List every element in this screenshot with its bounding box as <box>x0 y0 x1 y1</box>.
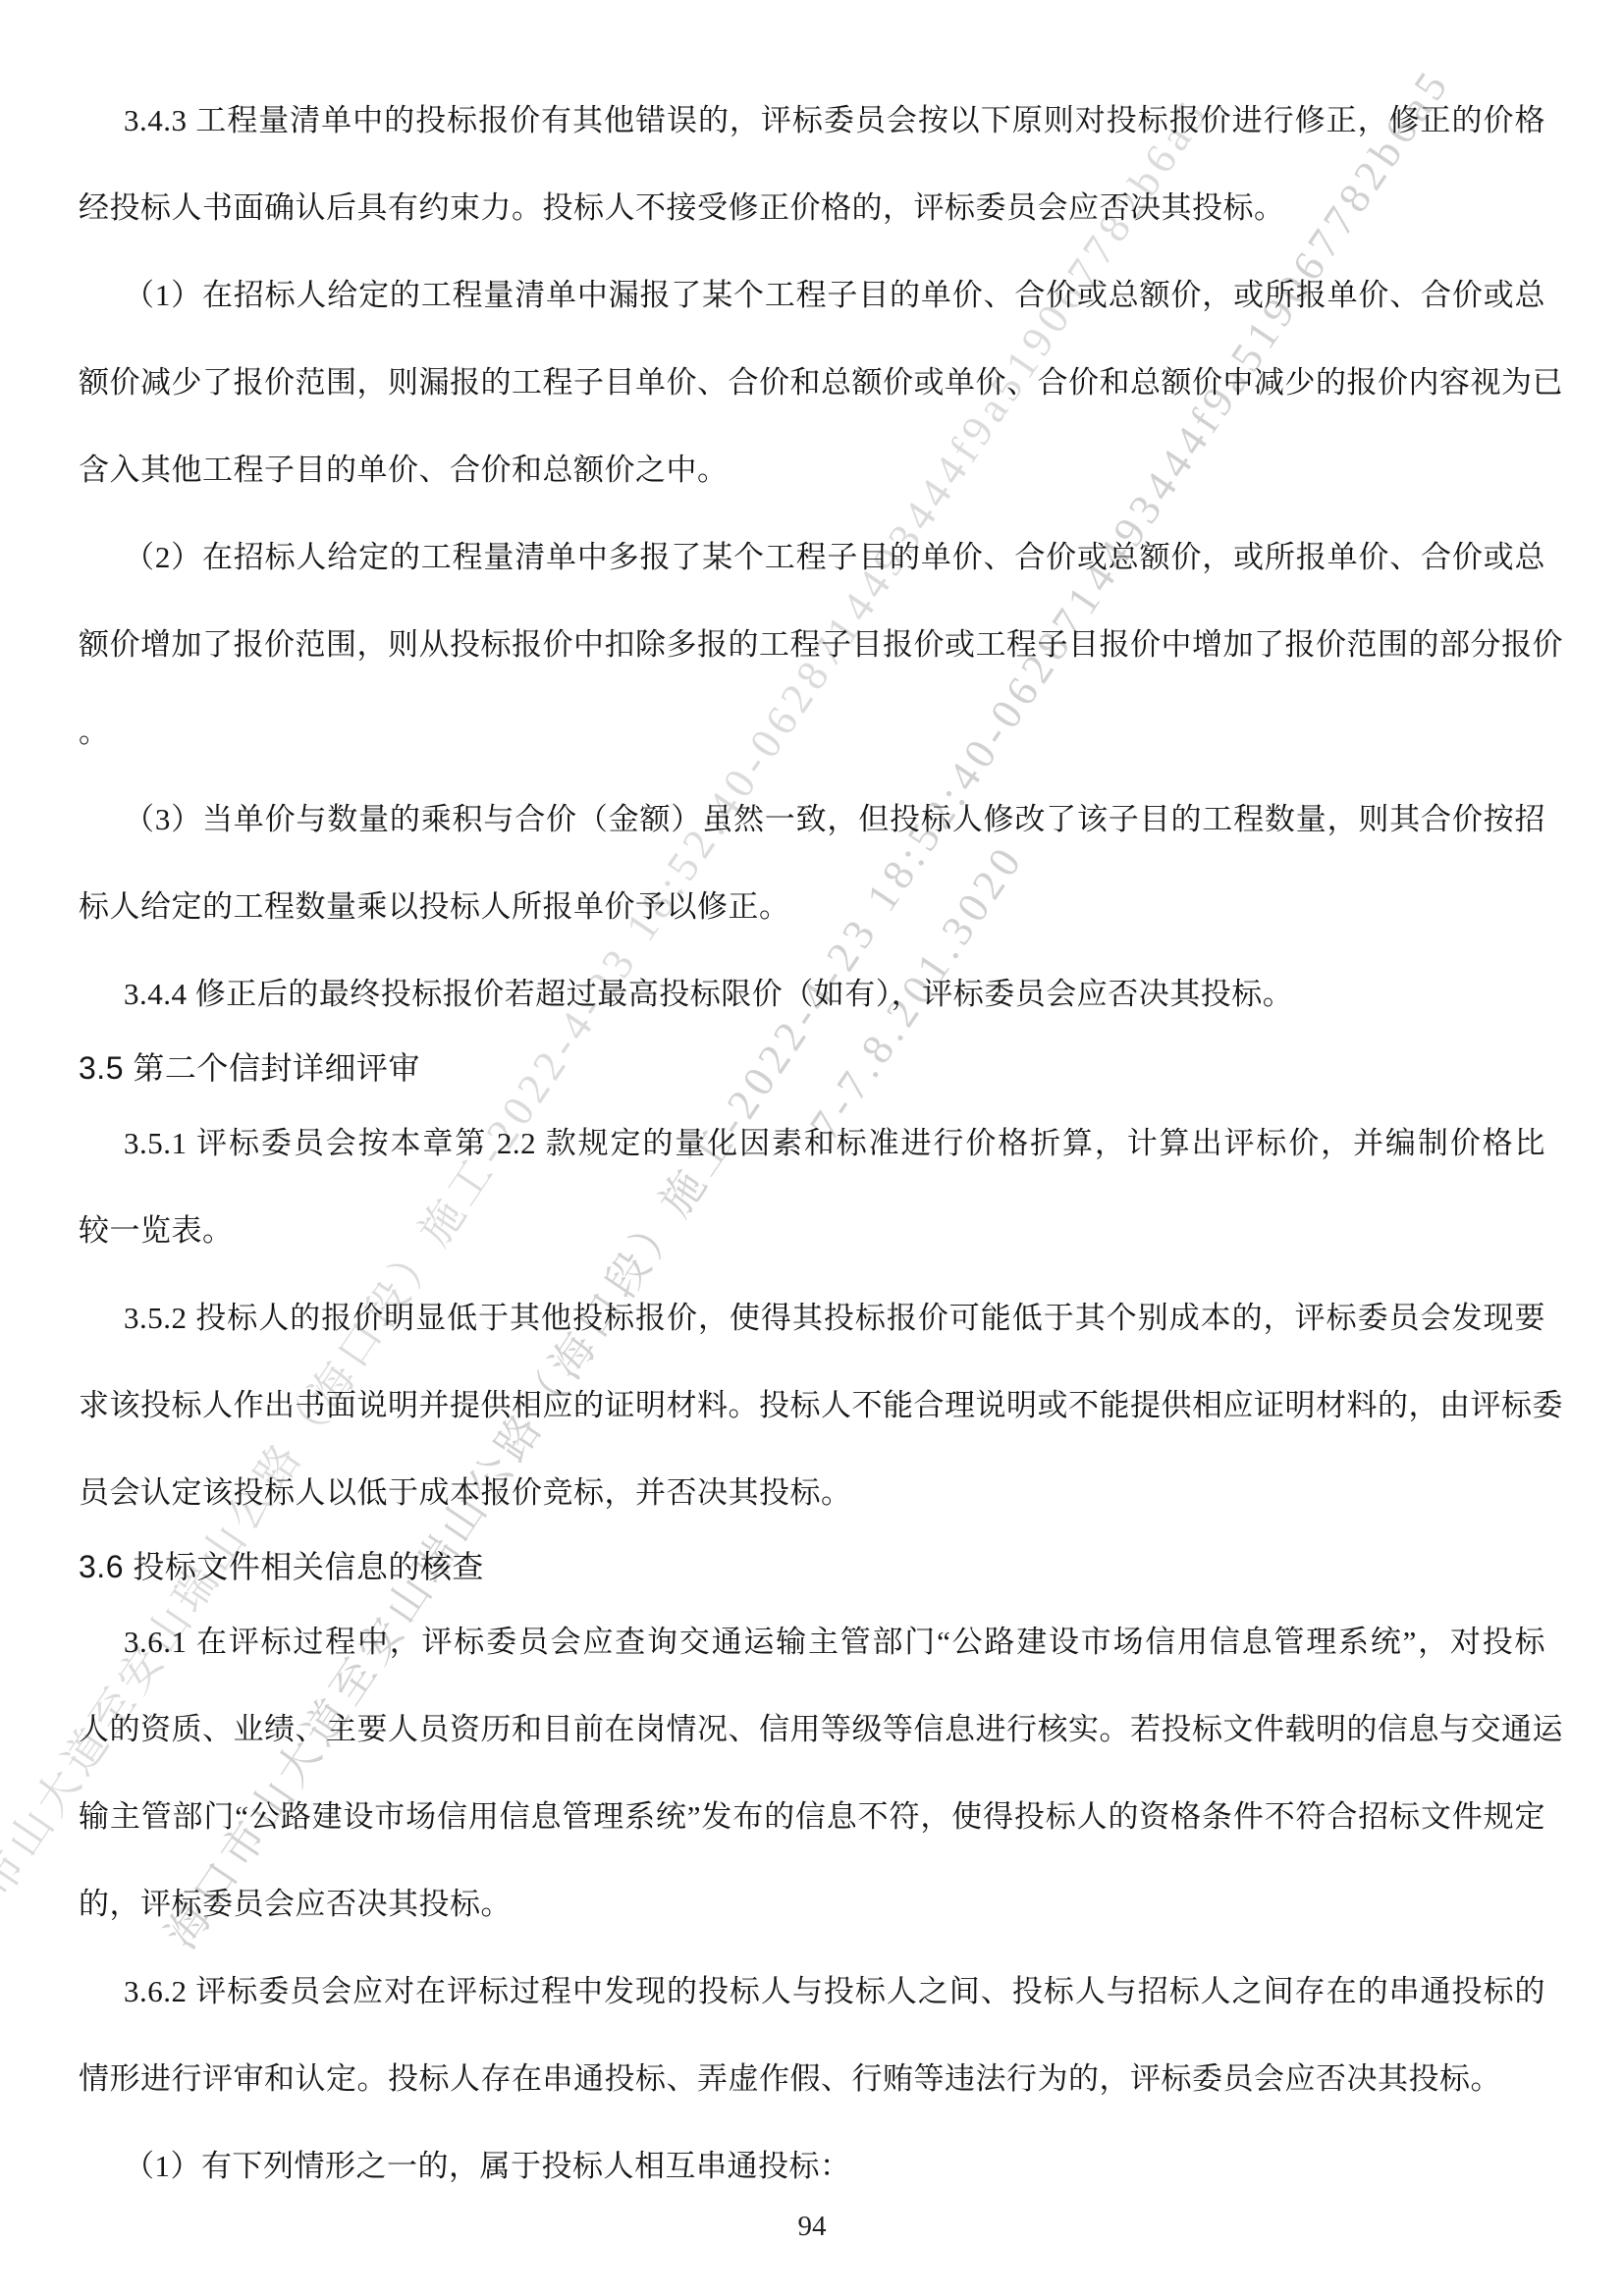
para-3.5.1-line-1: 3.5.1 评标委员会按本章第 2.2 款规定的量化因素和标准进行价格折算，计算… <box>79 1099 1545 1187</box>
para-3.4.3-line-2: 经投标人书面确认后具有约束力。投标人不接受修正价格的，评标委员会应否决其投标。 <box>79 164 1545 251</box>
para-3.6.1-line-1: 3.6.1 在评标过程中，评标委员会应查询交通运输主管部门“公路建设市场信用信息… <box>79 1598 1545 1685</box>
para-3.5.2-line-3: 员会认定该投标人以低于成本报价竞标，并否决其投标。 <box>79 1449 1545 1536</box>
item-3-line-1: （3）当单价与数量的乘积与合价（金额）虽然一致，但投标人修改了该子目的工程数量，… <box>79 775 1545 863</box>
para-3.5.2-line-2: 求该投标人作出书面说明并提供相应的证明材料。投标人不能合理说明或不能提供相应证明… <box>79 1362 1545 1449</box>
para-3.4.3-line-1: 3.4.3 工程量清单中的投标报价有其他错误的，评标委员会按以下原则对投标报价进… <box>79 77 1545 164</box>
document-body: 3.4.3 工程量清单中的投标报价有其他错误的，评标委员会按以下原则对投标报价进… <box>0 0 1624 2210</box>
para-3.6.2-line-2: 情形进行评审和认定。投标人存在串通投标、弄虚作假、行贿等违法行为的，评标委员会应… <box>79 2035 1545 2122</box>
item-1-line-2: 额价减少了报价范围，则漏报的工程子目单价、合价和总额价或单价、合价和总额价中减少… <box>79 339 1545 426</box>
para-3.6.2-line-1: 3.6.2 评标委员会应对在评标过程中发现的投标人与投标人之间、投标人与招标人之… <box>79 1948 1545 2035</box>
heading-3.5: 3.5 第二个信封详细评审 <box>79 1038 1545 1099</box>
para-3.6.1-line-2: 人的资质、业绩、主要人员资历和目前在岗情况、信用等级等信息进行核实。若投标文件载… <box>79 1685 1545 1773</box>
item-2-line-3: 。 <box>79 688 1545 775</box>
document-page: 海口市山大道至安山瑞山公路（海口段）施工-2022-4-23 18:52:40-… <box>0 0 1624 2296</box>
item-3-line-2: 标人给定的工程数量乘以投标人所报单价予以修正。 <box>79 863 1545 950</box>
item-1-line-3: 含入其他工程子目的单价、合价和总额价之中。 <box>79 426 1545 513</box>
item-1-line-1: （1）在招标人给定的工程量清单中漏报了某个工程子目的单价、合价或总额价，或所报单… <box>79 251 1545 339</box>
para-3.4.4: 3.4.4 修正后的最终投标报价若超过最高投标限价（如有），评标委员会应否决其投… <box>79 950 1545 1038</box>
item-2-line-1: （2）在招标人给定的工程量清单中多报了某个工程子目的单价、合价或总额价，或所报单… <box>79 513 1545 601</box>
page-number: 94 <box>0 2211 1624 2243</box>
para-3.5.2-line-1: 3.5.2 投标人的报价明显低于其他投标报价，使得其投标报价可能低于其个别成本的… <box>79 1274 1545 1362</box>
para-3.6.1-line-4: 的，评标委员会应否决其投标。 <box>79 1860 1545 1948</box>
item-2-line-2: 额价增加了报价范围，则从投标报价中扣除多报的工程子目报价或工程子目报价中增加了报… <box>79 601 1545 688</box>
para-3.5.1-line-2: 较一览表。 <box>79 1187 1545 1274</box>
sub-item-1: （1）有下列情形之一的，属于投标人相互串通投标： <box>79 2122 1545 2210</box>
para-3.6.1-line-3: 输主管部门“公路建设市场信用信息管理系统”发布的信息不符，使得投标人的资格条件不… <box>79 1773 1545 1860</box>
heading-3.6: 3.6 投标文件相关信息的核查 <box>79 1536 1545 1598</box>
